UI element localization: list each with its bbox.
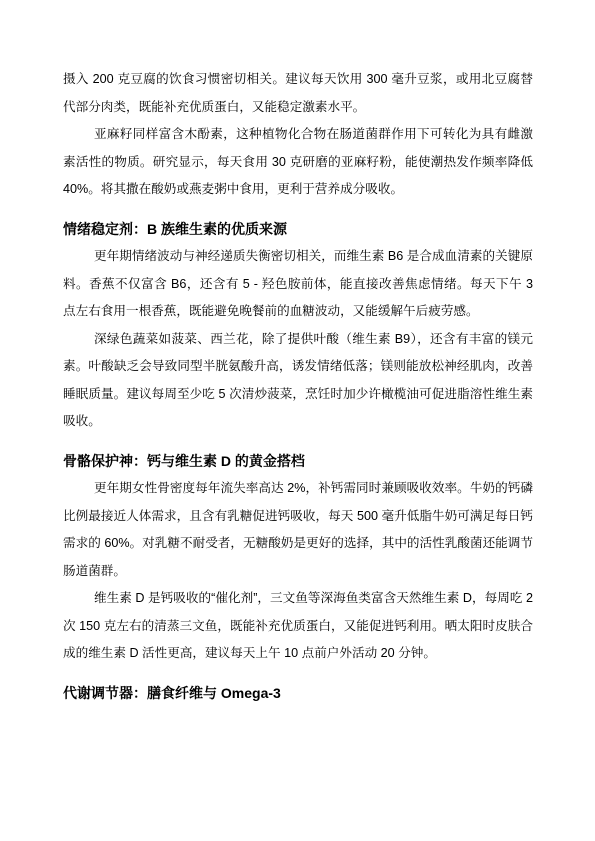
paragraph: 亚麻籽同样富含木酚素，这种植物化合物在肠道菌群作用下可转化为具有雌激素活性的物质… <box>63 121 533 204</box>
paragraph: 摄入 200 克豆腐的饮食习惯密切相关。建议每天饮用 300 毫升豆浆，或用北豆… <box>63 66 533 121</box>
section-heading: 骨骼保护神：钙与维生素 D 的黄金搭档 <box>63 448 533 476</box>
document-body: 摄入 200 克豆腐的饮食习惯密切相关。建议每天饮用 300 毫升豆浆，或用北豆… <box>63 66 533 707</box>
paragraph: 深绿色蔬菜如菠菜、西兰花，除了提供叶酸（维生素 B9），还含有丰富的镁元素。叶酸… <box>63 326 533 436</box>
paragraph: 更年期女性骨密度每年流失率高达 2%，补钙需同时兼顾吸收效率。牛奶的钙磷比例最接… <box>63 475 533 585</box>
section-heading: 情绪稳定剂：B 族维生素的优质来源 <box>63 216 533 244</box>
paragraph: 更年期情绪波动与神经递质失衡密切相关，而维生素 B6 是合成血清素的关键原料。香… <box>63 243 533 326</box>
document-page: 摄入 200 克豆腐的饮食习惯密切相关。建议每天饮用 300 毫升豆浆，或用北豆… <box>0 0 595 841</box>
section-heading: 代谢调节器：膳食纤维与 Omega-3 <box>63 680 533 708</box>
paragraph: 维生素 D 是钙吸收的“催化剂”，三文鱼等深海鱼类富含天然维生素 D，每周吃 2… <box>63 585 533 668</box>
